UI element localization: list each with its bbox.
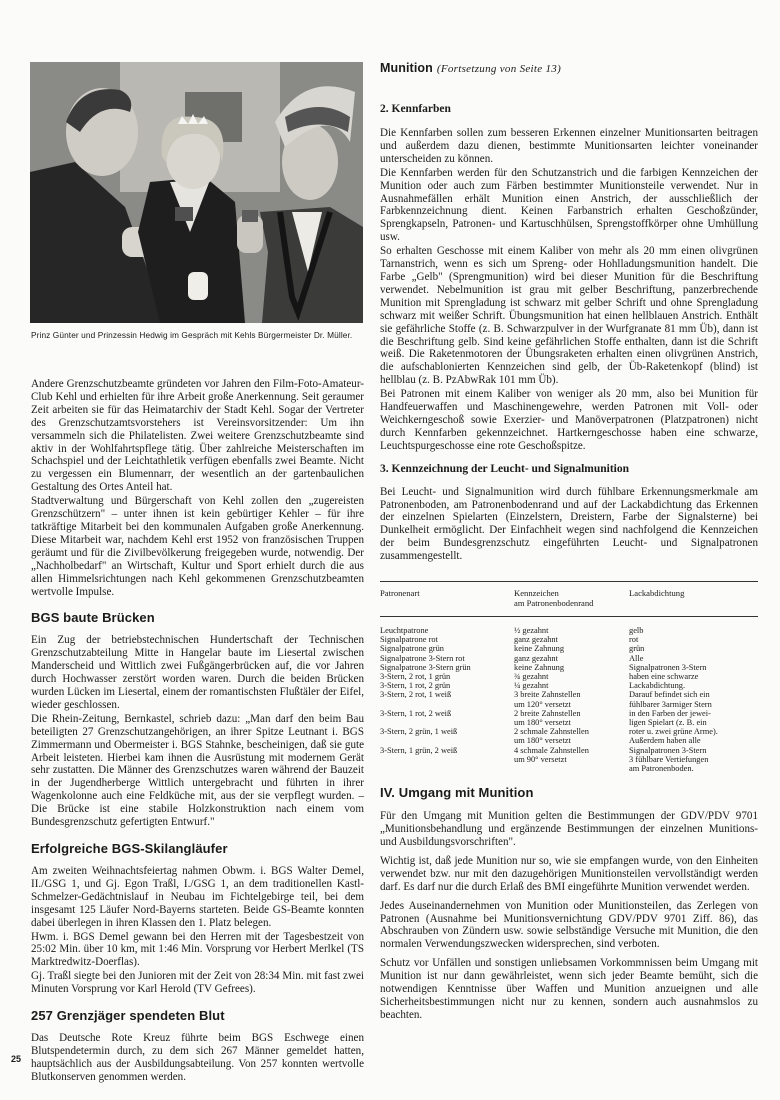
kehl-paragraph-1: Andere Grenzschutzbeamte gründeten vor J…	[31, 378, 364, 494]
umgang-paragraph-2: Wichtig ist, daß jede Munition nur so, w…	[380, 855, 758, 894]
cell-kennzeichen: ¼ gezahnt	[514, 681, 629, 690]
cell-patronenart: Leuchtpatrone	[380, 616, 514, 635]
blut-paragraph-1: Das Deutsche Rote Kreuz führte beim BGS …	[31, 1032, 364, 1084]
col-header-patronenart: Patronenart	[380, 582, 514, 617]
heading-skilanglaeufer: Erfolgreiche BGS-Skilangläufer	[31, 841, 364, 856]
cell-patronenart: 3-Stern, 1 rot, 2 weiß	[380, 709, 514, 727]
heading-leucht-signalmunition: 3. Kennzeichnung der Leucht- und Signalm…	[380, 463, 758, 475]
title-continuation: (Fortsetzung von Seite 13)	[437, 63, 561, 75]
cell-kennzeichen: 2 schmale Zahnstellen um 180° versetzt	[514, 727, 629, 745]
cell-lackabdichtung: haben eine schwarze	[629, 672, 758, 681]
right-column: Munition(Fortsetzung von Seite 13) 2. Ke…	[380, 61, 758, 1028]
ski-paragraph-1: Am zweiten Weihnachtsfeiertag nahmen Obw…	[31, 865, 364, 930]
table-row: 3-Stern, 2 rot, 1 weiß 3 breite Zahnstel…	[380, 690, 758, 708]
cell-lackabdichtung: in den Farben der jewei- ligen Spielart …	[629, 709, 758, 727]
cell-lackabdichtung: roter u. zwei grüne Arme). Außerdem habe…	[629, 727, 758, 745]
kennfarben-paragraph-3: So erhalten Geschosse mit einem Kaliber …	[380, 245, 758, 387]
kennfarben-paragraph-2: Die Kennfarben werden für den Schutzanst…	[380, 167, 758, 244]
cell-lackabdichtung: Alle	[629, 654, 758, 663]
cell-kennzeichen: 4 schmale Zahnstellen um 90° versetzt	[514, 746, 629, 774]
cell-patronenart: 3-Stern, 2 grün, 1 weiß	[380, 727, 514, 745]
cell-lackabdichtung: Signalpatronen 3-Stern 3 fühlbare Vertie…	[629, 746, 758, 774]
heading-umgang-mit-munition: IV. Umgang mit Munition	[380, 785, 758, 800]
table-row: Leuchtpatrone ½ gezahnt gelb	[380, 616, 758, 635]
table-row: Signalpatrone 3-Stern grün keine Zahnung…	[380, 663, 758, 672]
cell-patronenart: 3-Stern, 2 rot, 1 weiß	[380, 690, 514, 708]
cell-patronenart: Signalpatrone rot	[380, 635, 514, 644]
cell-patronenart: Signalpatrone grün	[380, 644, 514, 653]
heading-bgs-baute-bruecken: BGS baute Brücken	[31, 610, 364, 625]
kennfarben-paragraph-4: Bei Patronen mit einem Kaliber von wenig…	[380, 388, 758, 453]
bruecken-paragraph-2: Die Rhein-Zeitung, Bernkastel, schrieb d…	[31, 713, 364, 829]
heading-kennfarben: 2. Kennfarben	[380, 103, 758, 115]
table-row: Signalpatrone grün keine Zahnung grün	[380, 644, 758, 653]
cell-patronenart: 3-Stern, 2 rot, 1 grün	[380, 672, 514, 681]
heading-blutspende: 257 Grenzjäger spendeten Blut	[31, 1008, 364, 1023]
table-row: 3-Stern, 1 grün, 2 weiß 4 schmale Zahnst…	[380, 746, 758, 774]
bruecken-paragraph-1: Ein Zug der betriebstechnischen Hunderts…	[31, 634, 364, 711]
cell-patronenart: Signalpatrone 3-Stern rot	[380, 654, 514, 663]
col-header-lackabdichtung: Lackabdichtung	[629, 582, 758, 617]
photo-caption: Prinz Günter und Prinzessin Hedwig im Ge…	[31, 331, 364, 341]
cell-kennzeichen: 2 breite Zahnstellen um 180° versetzt	[514, 709, 629, 727]
cell-lackabdichtung: gelb	[629, 616, 758, 635]
umgang-paragraph-3: Jedes Auseinandernehmen von Munition ode…	[380, 900, 758, 952]
cell-lackabdichtung: Darauf befindet sich ein fühlbarer 3armi…	[629, 690, 758, 708]
title-text: Munition	[380, 61, 433, 75]
ski-paragraph-2: Hwm. i. BGS Demel gewann bei den Herren …	[31, 931, 364, 970]
leucht-paragraph-1: Bei Leucht- und Signalmunition wird durc…	[380, 486, 758, 563]
kehl-paragraph-2: Stadtverwaltung und Bürgerschaft von Keh…	[31, 495, 364, 598]
cell-kennzeichen: 3 breite Zahnstellen um 120° versetzt	[514, 690, 629, 708]
kennfarben-paragraph-1: Die Kennfarben sollen zum besseren Erken…	[380, 127, 758, 166]
cell-patronenart: Signalpatrone 3-Stern grün	[380, 663, 514, 672]
col-header-kennzeichen: Kennzeichen am Patronenbodenrand	[514, 582, 629, 617]
table-row: 3-Stern, 1 rot, 2 grün ¼ gezahnt Lackabd…	[380, 681, 758, 690]
page-number: 25	[11, 1054, 21, 1064]
cell-lackabdichtung: grün	[629, 644, 758, 653]
cell-lackabdichtung: Lackabdichtung.	[629, 681, 758, 690]
photo-prince-princess-mayor	[30, 62, 363, 323]
cell-kennzeichen: keine Zahnung	[514, 644, 629, 653]
umgang-paragraph-4: Schutz vor Unfällen und sonstigen unlieb…	[380, 957, 758, 1022]
table-row: 3-Stern, 2 grün, 1 weiß 2 schmale Zahnst…	[380, 727, 758, 745]
cell-kennzeichen: ½ gezahnt	[514, 616, 629, 635]
cell-kennzeichen: ¾ gezahnt	[514, 672, 629, 681]
table-row: 3-Stern, 1 rot, 2 weiß 2 breite Zahnstel…	[380, 709, 758, 727]
umgang-paragraph-1: Für den Umgang mit Munition gelten die B…	[380, 810, 758, 849]
photo-image	[30, 62, 363, 323]
cell-lackabdichtung: rot	[629, 635, 758, 644]
table-row: 3-Stern, 2 rot, 1 grün ¾ gezahnt haben e…	[380, 672, 758, 681]
ski-paragraph-3: Gj. Traßl siegte bei den Junioren mit de…	[31, 970, 364, 996]
cell-lackabdichtung: Signalpatronen 3-Stern	[629, 663, 758, 672]
table-row: Signalpatrone 3-Stern rot ganz gezahnt A…	[380, 654, 758, 663]
cell-kennzeichen: ganz gezahnt	[514, 654, 629, 663]
left-column: Andere Grenzschutzbeamte gründeten vor J…	[31, 378, 364, 1090]
article-title-munition: Munition(Fortsetzung von Seite 13)	[380, 61, 758, 75]
cell-kennzeichen: ganz gezahnt	[514, 635, 629, 644]
cell-patronenart: 3-Stern, 1 rot, 2 grün	[380, 681, 514, 690]
table-row: Signalpatrone rot ganz gezahnt rot	[380, 635, 758, 644]
cell-patronenart: 3-Stern, 1 grün, 2 weiß	[380, 746, 514, 774]
ammo-marking-table: Patronenart Kennzeichen am Patronenboden…	[380, 581, 758, 773]
cell-kennzeichen: keine Zahnung	[514, 663, 629, 672]
